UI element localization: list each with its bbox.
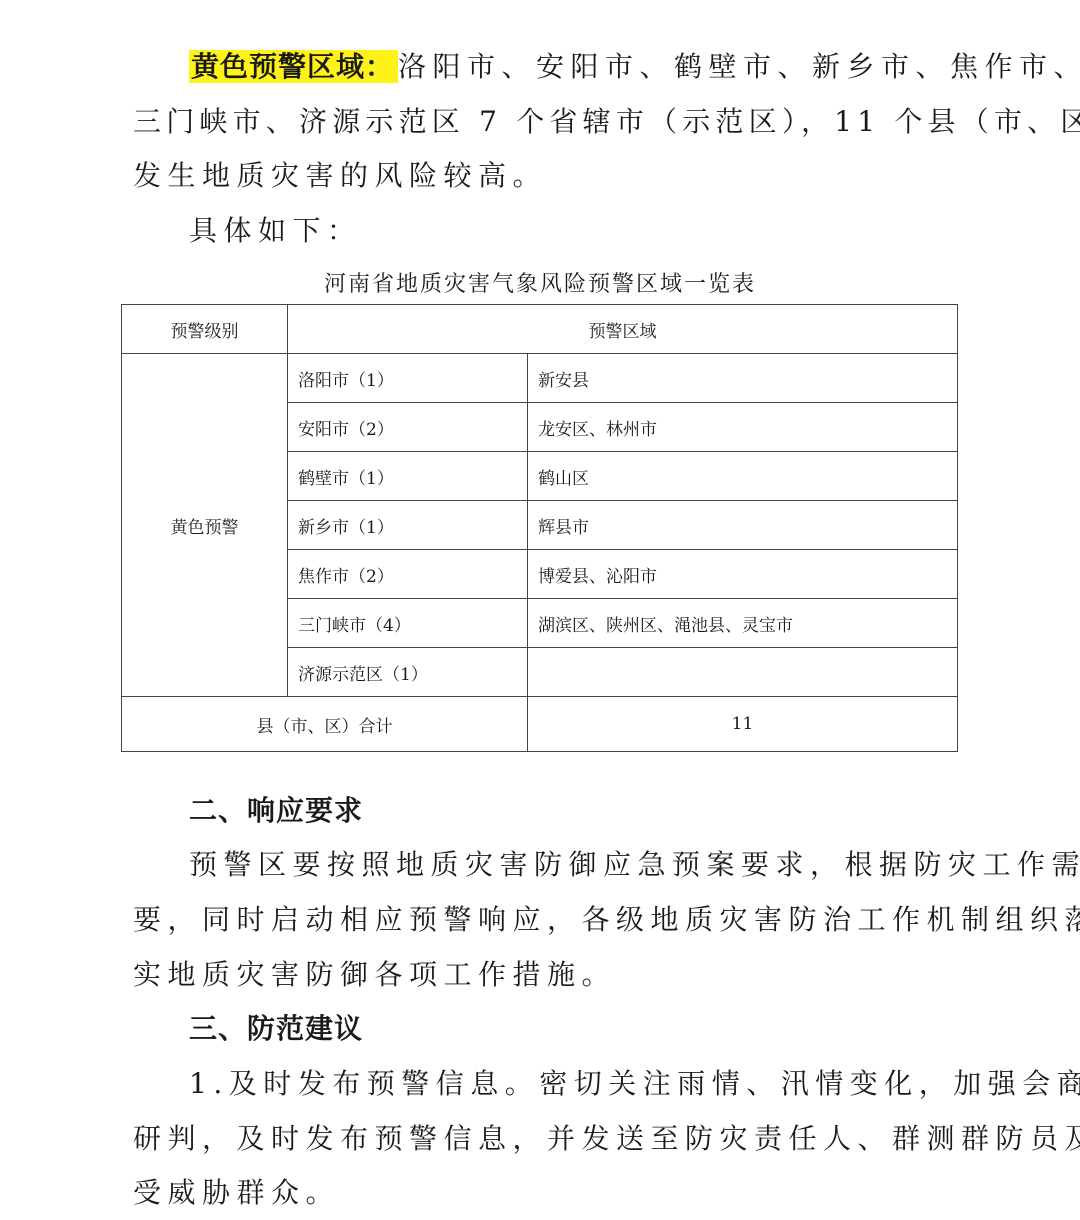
total-value: 11 bbox=[528, 697, 958, 752]
city-cell: 新乡市（1） bbox=[288, 501, 528, 550]
counties-cell: 辉县市 bbox=[528, 501, 958, 550]
counties-cell: 新安县 bbox=[528, 354, 958, 403]
counties-cell: 鹤山区 bbox=[528, 452, 958, 501]
section-3-heading: 三、防范建议 bbox=[189, 1011, 363, 1047]
city-cell: 三门峡市（4） bbox=[288, 599, 528, 648]
counties-cell: 龙安区、林州市 bbox=[528, 403, 958, 452]
section-3-line-1: 1.及时发布预警信息。密切关注雨情、汛情变化，加强会商 bbox=[189, 1066, 1080, 1102]
section-2-line-2: 要，同时启动相应预警响应，各级地质灾害防治工作机制组织落 bbox=[133, 902, 1080, 938]
table-total-row: 县（市、区）合计 11 bbox=[122, 697, 958, 752]
counties-cell: 博爱县、沁阳市 bbox=[528, 550, 958, 599]
header-level: 预警级别 bbox=[122, 305, 288, 354]
city-cell: 焦作市（2） bbox=[288, 550, 528, 599]
yellow-warning-label: 黄色预警区域： bbox=[189, 50, 398, 83]
intro-line-4: 具体如下： bbox=[189, 213, 362, 249]
section-2-heading: 二、响应要求 bbox=[189, 793, 363, 829]
city-cell: 洛阳市（1） bbox=[288, 354, 528, 403]
table-caption: 河南省地质灾害气象风险预警区域一览表 bbox=[0, 270, 1080, 300]
intro-line-1: 黄色预警区域：洛阳市、安阳市、鹤壁市、新乡市、焦作市、 bbox=[189, 49, 1080, 85]
counties-cell bbox=[528, 648, 958, 697]
section-3-line-3: 受威胁群众。 bbox=[133, 1175, 340, 1211]
section-3-line-2: 研判，及时发布预警信息，并发送至防灾责任人、群测群防员及 bbox=[133, 1121, 1080, 1157]
intro-line-3: 发生地质灾害的风险较高。 bbox=[133, 158, 547, 194]
warning-region-table: 预警级别 预警区域 黄色预警 洛阳市（1） 新安县 安阳市（2） 龙安区、林州市… bbox=[121, 304, 958, 752]
city-cell: 安阳市（2） bbox=[288, 403, 528, 452]
counties-cell: 湖滨区、陕州区、渑池县、灵宝市 bbox=[528, 599, 958, 648]
table-row: 黄色预警 洛阳市（1） 新安县 bbox=[122, 354, 958, 403]
intro-line-1-text: 洛阳市、安阳市、鹤壁市、新乡市、焦作市、 bbox=[398, 50, 1080, 83]
section-2-line-1: 预警区要按照地质灾害防御应急预案要求，根据防灾工作需 bbox=[189, 847, 1080, 883]
header-region: 预警区域 bbox=[288, 305, 958, 354]
city-cell: 鹤壁市（1） bbox=[288, 452, 528, 501]
section-2-line-3: 实地质灾害防御各项工作措施。 bbox=[133, 957, 616, 993]
total-label: 县（市、区）合计 bbox=[122, 697, 528, 752]
level-cell-yellow: 黄色预警 bbox=[122, 354, 288, 697]
intro-line-2: 三门峡市、济源示范区 7 个省辖市（示范区），11 个县（市、区）， bbox=[133, 104, 1080, 140]
city-cell: 济源示范区（1） bbox=[288, 648, 528, 697]
table-header-row: 预警级别 预警区域 bbox=[122, 305, 958, 354]
